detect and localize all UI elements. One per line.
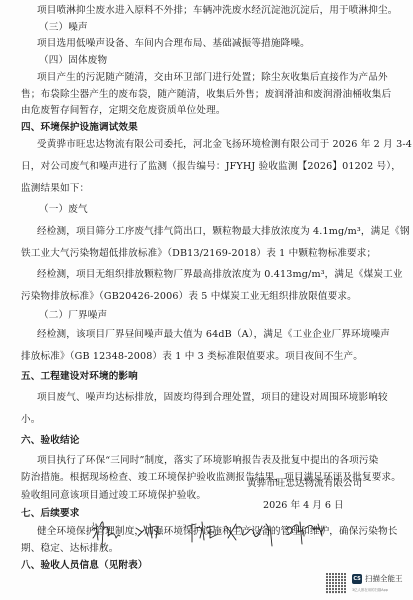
watermark-title: 扫描全能王 (365, 573, 403, 584)
subsection-heading: （四）固体废物 (39, 55, 107, 67)
section-heading: 五、工程建设对环境的影响 (21, 371, 138, 383)
paragraph-line: 项目产生的污泥随产随清，交由环卫部门进行处置；除尘灰收集后直接作为产品外 (37, 72, 388, 84)
document-page: 项目喷淋抑尘废水进入原料不外排；车辆冲洗废水经沉淀池沉淀后，用于喷淋抑尘。（三）… (0, 0, 413, 600)
paragraph-line: 小。 (21, 414, 41, 426)
signature-company: 黄骅市旺忠达物流有限公司 (247, 478, 362, 490)
paragraph-line: 经检测，项目无组织排放颗粒物厂界最高排放浓度为 0.413mg/m³，满足《煤炭… (37, 269, 403, 281)
paragraph-line: 由危废暂存间暂存，定期交危废资质单位处理。 (21, 105, 226, 117)
signature-marker: 1 (92, 522, 95, 528)
paragraph-line: 经检测，该项目厂界昼间噪声最大值为 64dB（A），满足《工业企业厂界环境噪声 (37, 329, 390, 341)
paragraph-line: 验收组同意该项目通过竣工环境保护验收。 (21, 490, 206, 502)
section-heading: 八、验收人员信息（见附表） (21, 560, 148, 572)
subsection-heading: （一）废气 (39, 204, 88, 216)
signature-3 (188, 522, 218, 542)
section-heading: 四、环境保护设施调试效果 (21, 122, 138, 134)
paragraph-line: 项目废气、噪声均达标排放，固废均得到合理处置，项目的建设对周围环境影响较 (37, 392, 388, 404)
paragraph-line: 项目选用低噪声设备、车间内合理布局、基础减振等措施降噪。 (37, 38, 310, 50)
subsection-heading: （三）噪声 (39, 22, 88, 34)
paragraph-line: 监测结果如下： (21, 183, 89, 195)
watermark-subtitle: 3亿人都在用的扫描App (352, 587, 388, 592)
paragraph-line: 日，对公司废气和噪声进行了监测（报告编号：JFYHJ 验收监测【2026】012… (21, 161, 401, 173)
scanner-watermark: CS 扫描全能王 3亿人都在用的扫描App (326, 572, 408, 596)
subsection-heading: （二）厂界噪声 (39, 310, 107, 322)
camscanner-logo-icon: CS (352, 574, 362, 584)
signature-1 (92, 522, 120, 548)
signature-4 (226, 524, 272, 546)
signature-5 (286, 522, 324, 544)
paragraph-line: 污染物排放标准》（GB20426-2006）表 5 中煤炭工业无组织排放限值要求… (21, 291, 357, 303)
paragraph-line: 受黄骅市旺忠达物流有限公司委托，河北金飞扬环境检测有限公司于 2026 年 2 … (37, 139, 412, 151)
paragraph-line: 排放标准》（GB 12348-2008）表 1 中 3 类标准限值要求。项目夜间… (21, 351, 363, 363)
signature-marker: 2 (183, 524, 186, 530)
paragraph-line: 铁工业大气污染物超低排放标准》（DB13/2169-2018）表 1 中颗粒物标… (21, 248, 376, 260)
section-heading: 七、后续要求 (21, 508, 79, 520)
paragraph-line: 经检测，项目筛分工序废气排气筒出口，颗粒物最大排放浓度为 4.1mg/m³，满足… (37, 226, 410, 238)
paragraph-line: 项目执行了环保“三同时”制度，落实了环境影响报告表及批复中提出的各项污染 (37, 455, 378, 467)
paragraph-line: 项目喷淋抑尘废水进入原料不外排；车辆冲洗废水经沉淀池沉淀后，用于喷淋抑尘。 (37, 5, 398, 17)
qr-code-icon (326, 573, 347, 594)
signature-2 (136, 524, 160, 538)
handwritten-signatures: 1 2 (80, 508, 360, 558)
section-heading: 六、验收结论 (21, 435, 79, 447)
paragraph-line: 售；布袋除尘器产生的废布袋，随产随清，收集后外售；废润滑油和废润滑油桶收集后 (21, 89, 391, 101)
